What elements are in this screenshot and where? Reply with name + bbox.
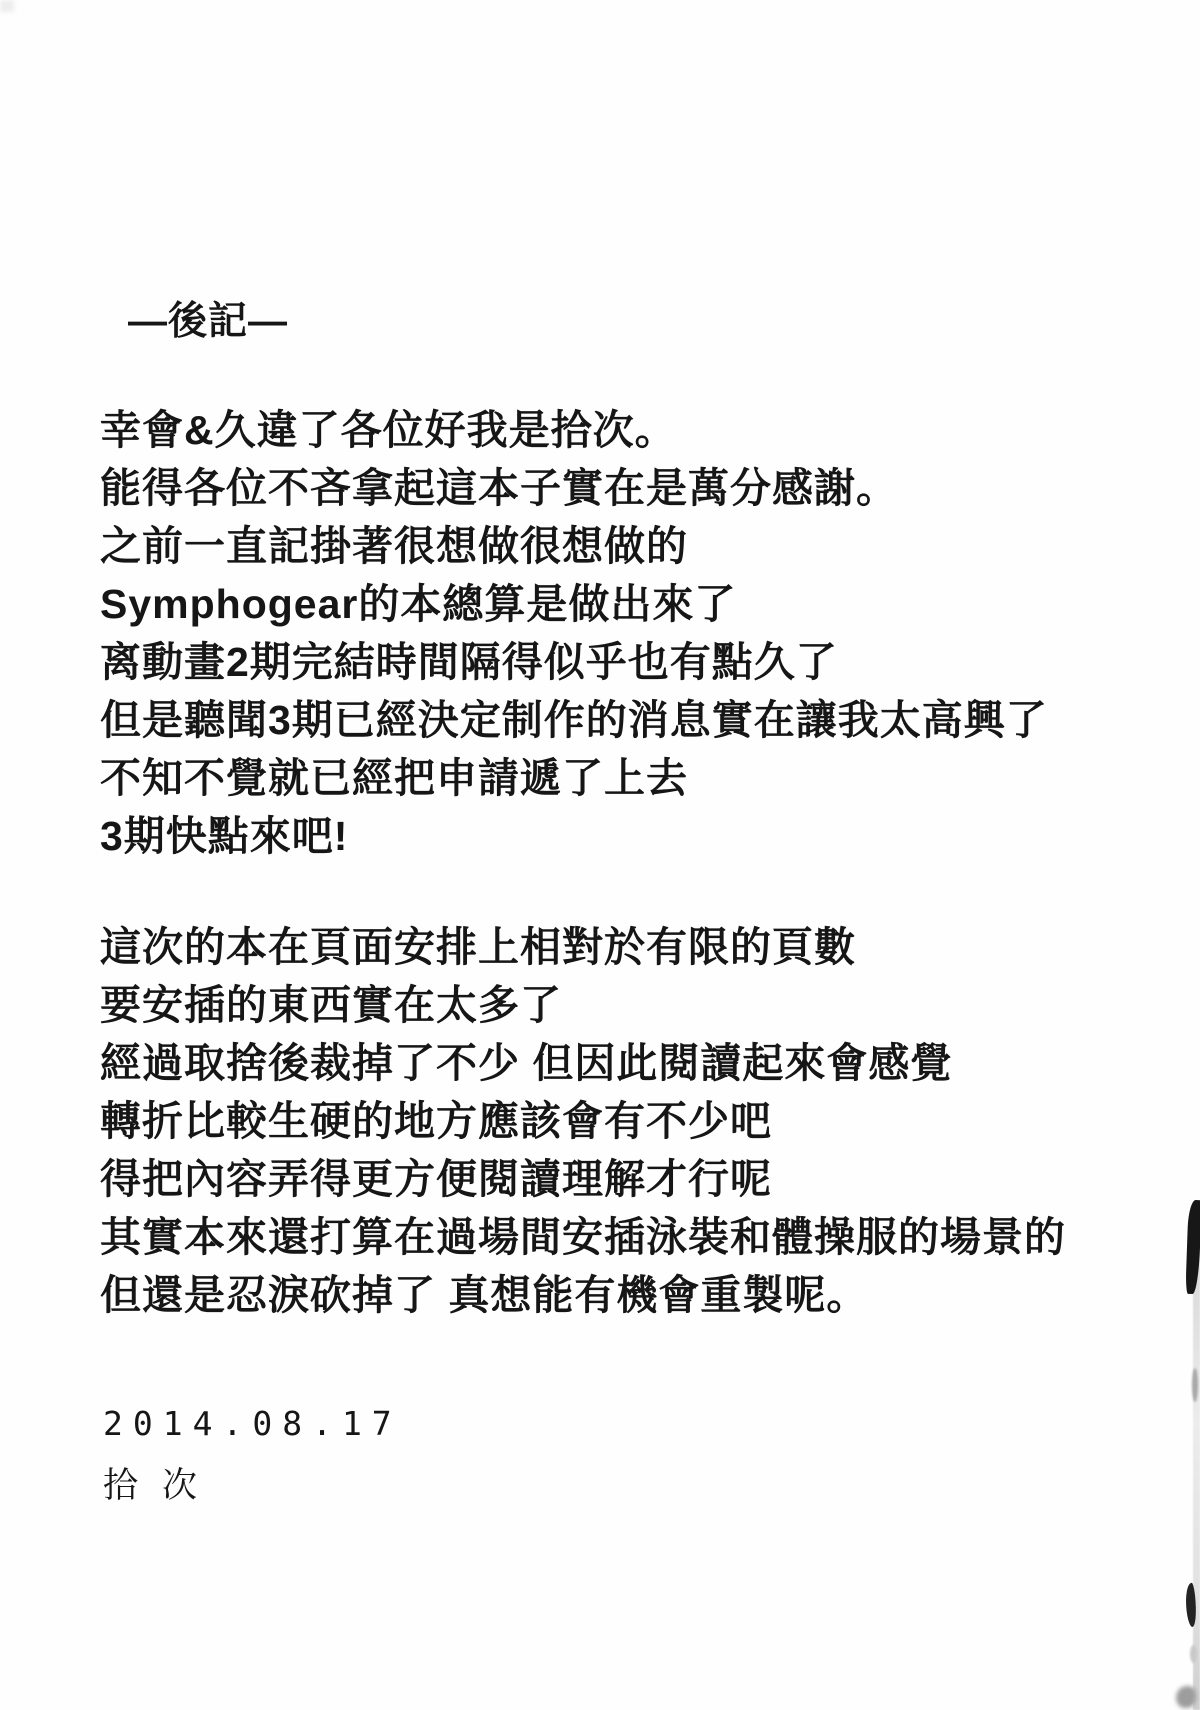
afterword-line: 能得各位不吝拿起這本子實在是萬分感謝。 xyxy=(100,459,1048,517)
afterword-line: 要安插的東西實在太多了 xyxy=(100,976,1066,1034)
afterword-paragraph-2: 這次的本在頁面安排上相對於有限的頁數 要安插的東西實在太多了 經過取捨後裁掉了不… xyxy=(100,918,1066,1324)
page-title: —後記— xyxy=(128,290,288,346)
afterword-line: 但還是忍淚砍掉了 真想能有機會重製呢。 xyxy=(100,1266,1066,1324)
afterword-paragraph-1: 幸會&久違了各位好我是拾次。 能得各位不吝拿起這本子實在是萬分感謝。 之前一直記… xyxy=(100,401,1048,865)
afterword-line: 轉折比較生硬的地方應該會有不少吧 xyxy=(100,1092,1066,1150)
afterword-line: 不知不覺就已經把申請遞了上去 xyxy=(100,749,1048,807)
publication-date: 2014.08.17 xyxy=(103,1404,402,1443)
scan-speck-top-left xyxy=(0,0,14,12)
scan-artifact-smudge xyxy=(1176,1686,1196,1708)
afterword-line: 幸會&久違了各位好我是拾次。 xyxy=(100,401,1048,459)
afterword-line: 得把內容弄得更方便閱讀理解才行呢 xyxy=(100,1150,1066,1208)
afterword-line: 經過取捨後裁掉了不少 但因此閱讀起來會感覺 xyxy=(100,1034,1066,1092)
scan-edge-shadow xyxy=(1193,1230,1200,1710)
afterword-line: 之前一直記掛著很想做很想做的 xyxy=(100,517,1048,575)
afterword-line: Symphogear的本總算是做出來了 xyxy=(100,575,1048,633)
afterword-line: 离動畫2期完結時間隔得似乎也有點久了 xyxy=(100,633,1048,691)
afterword-page: —後記— 幸會&久違了各位好我是拾次。 能得各位不吝拿起這本子實在是萬分感謝。 … xyxy=(0,0,1200,1710)
afterword-line: 3期快點來吧! xyxy=(100,807,1048,865)
author-signature: 拾次 xyxy=(103,1458,221,1508)
scan-artifact-smudge xyxy=(1190,1645,1197,1663)
afterword-line: 這次的本在頁面安排上相對於有限的頁數 xyxy=(100,918,1066,976)
afterword-line: 但是聽聞3期已經決定制作的消息實在讓我太高興了 xyxy=(100,691,1048,749)
scan-artifact-smudge xyxy=(1192,1368,1198,1402)
afterword-line: 其實本來還打算在過場間安插泳裝和體操服的場景的 xyxy=(100,1208,1066,1266)
